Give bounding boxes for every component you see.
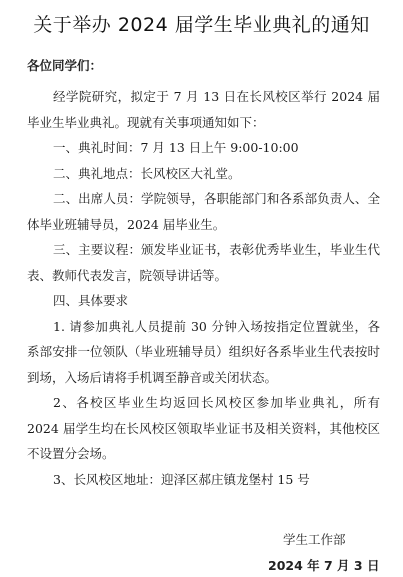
signature-department: 学生工作部 [283,530,346,548]
notice-document: 关于举办 2024 届学生毕业典礼的通知 各位同学们： 经学院研究，拟定于 7 … [0,0,403,577]
paragraph-requirement-1: 1. 请参加典礼人员提前 30 分钟入场按指定位置就坐，各系部安排一位领队（毕业… [27,314,380,391]
paragraph-location: 二、典礼地点：长风校区大礼堂。 [27,161,380,187]
paragraph-requirement-3: 3、长风校区地址：迎泽区郝庄镇龙堡村 15 号 [27,467,380,493]
paragraph-requirements-heading: 四、具体要求 [27,288,380,314]
paragraph-agenda: 三、主要议程：颁发毕业证书，表彰优秀毕业生，毕业生代表、教师代表发言，院领导讲话… [27,237,380,288]
salutation: 各位同学们： [27,56,102,74]
document-body: 经学院研究，拟定于 7 月 13 日在长风校区举行 2024 届毕业生毕业典礼。… [27,84,380,492]
paragraph-time: 一、典礼时间：7 月 13 日上午 9:00-10:00 [27,135,380,161]
paragraph-requirement-2: 2、各校区毕业生均返回长风校区参加毕业典礼，所有 2024 届学生均在长风校区领… [27,390,380,467]
document-title: 关于举办 2024 届学生毕业典礼的通知 [0,10,403,37]
paragraph-attendees: 二、出席人员：学院领导，各职能部门和各系部负责人、全体毕业班辅导员，2024 届… [27,186,380,237]
paragraph-intro: 经学院研究，拟定于 7 月 13 日在长风校区举行 2024 届毕业生毕业典礼。… [27,84,380,135]
signature-date: 2024 年 7 月 3 日 [268,556,379,574]
